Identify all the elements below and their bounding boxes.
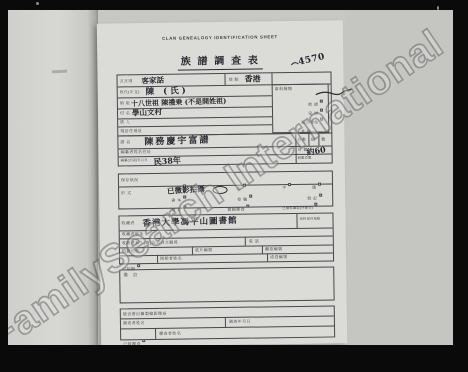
film-border-bottom (0, 345, 468, 372)
checkbox-icon (142, 339, 145, 342)
form-english-title: CLAN GENEALOGY IDENTIFICATION SHEET (97, 33, 343, 41)
genealogy-title-value: 陳務慶宇富譜 (144, 136, 210, 147)
dialect-label: 方言別 (120, 79, 133, 84)
survey-date-label: 調查年月日 (229, 320, 251, 325)
film-dust-speck (36, 2, 39, 5)
phone-label: 電 話 (249, 239, 259, 244)
first-ancestor-value: 十八世祖 陳禮乗 (不是開姓祖) (131, 97, 227, 107)
film-border-left (0, 0, 8, 372)
material-type-title: 資料種類 (275, 87, 293, 92)
village-value: 學山文村 (132, 108, 162, 117)
compiler-label: 編纂者姓名住址 (121, 150, 152, 155)
condition-label: 保存狀況 (121, 178, 139, 183)
compile-date-value: 民38年 (153, 155, 181, 165)
first-ancestor-label: 始 祖 (120, 101, 130, 106)
checkbox-icon (246, 205, 249, 208)
handwritten-flourish (290, 60, 300, 67)
place-value: 香港 (244, 74, 260, 82)
checkbox-icon (318, 183, 321, 186)
form-chinese-title: 族 譜 調 查 表 (178, 51, 263, 70)
remarks-box: 備 註 (119, 266, 334, 303)
loan-question-label: 能否借出攝製縮影微卷 (123, 311, 167, 316)
place-label: 地 點 (229, 77, 239, 82)
condition-option: 平 (282, 176, 291, 194)
film-dust-speck (437, 6, 439, 10)
dialect-value: 客家話 (141, 76, 164, 85)
handwritten-serial-number: 4570 (298, 53, 326, 68)
condition-option-label: 平 (282, 185, 286, 190)
village-label: 村 名 (120, 111, 130, 116)
reviewer-name-label: 覆查者姓名 (159, 331, 181, 336)
checkbox-icon (314, 202, 317, 205)
photographer-label: 照相者姓名 (160, 257, 182, 262)
roll-number-label: 成卷編號 (270, 255, 288, 260)
surveyor-name-label: 調查者姓名 (123, 321, 145, 326)
clansmen-label: 族 人 (120, 120, 130, 125)
film-border-top (0, 0, 468, 10)
survey-footer-table: 能否借出攝製縮影微卷 調查者姓名 調查年月日 已經覆查 覆查者姓名 (120, 305, 335, 340)
microfilm-scan: CLAN GENEALOGY IDENTIFICATION SHEET 族 譜 … (0, 0, 468, 372)
negative-number-label: 底片編號 (195, 248, 213, 253)
surname-value: 陳 (氏) (146, 87, 189, 97)
genealogy-title-label: 譜 名 (120, 140, 130, 145)
material-location-label: 資料現存地點 (299, 217, 325, 221)
format-option: 已微影攝製(存膠卷) (282, 195, 328, 214)
format-option-label: 已微影攝製(存膠卷) (282, 205, 313, 209)
address-label: 現居住地址 (120, 129, 142, 134)
format-label: 形 式 (121, 191, 131, 196)
compile-date-label: 編纂(出版)年月日 (121, 157, 153, 162)
film-border-right (453, 0, 468, 372)
checkbox-icon (288, 183, 291, 186)
reshoot-number-label: 翻拍編號 (265, 247, 283, 252)
surname-label: 姓氏(中文) (120, 90, 140, 94)
